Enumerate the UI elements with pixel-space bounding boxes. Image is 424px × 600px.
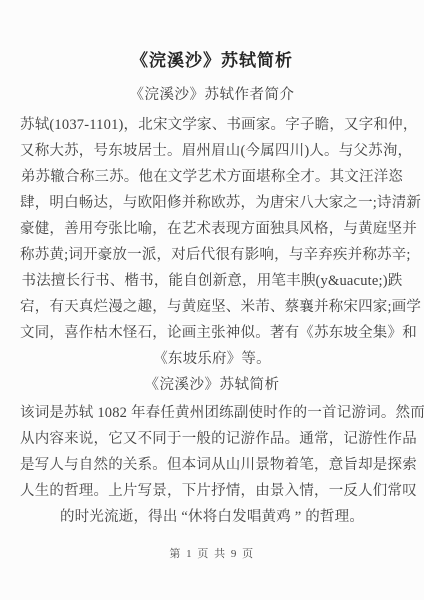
paragraph-line: 的时光流逝，得出 “休将白发唱黄鸡 ” 的哲理。 bbox=[20, 504, 404, 530]
paragraph-line: 苏轼(1037-1101)，北宋文学家、书画家。字子瞻，又字和仲， bbox=[20, 112, 404, 138]
page-number-indicator: 第 1 页 共 9 页 bbox=[20, 545, 404, 561]
paragraph-line: 弟苏辙合称三苏。他在文学艺术方面堪称全才。其文汪洋恣 bbox=[20, 164, 404, 190]
section-heading-analysis: 《浣溪沙》苏轼简析 bbox=[20, 376, 404, 394]
paragraph-line: 该词是苏轼 1082 年春任黄州团练副使时作的一首记游词。然而 bbox=[20, 400, 404, 426]
section-heading-author-intro: 《浣溪沙》苏轼作者简介 bbox=[20, 86, 404, 104]
document-page: 《浣溪沙》苏轼简析 《浣溪沙》苏轼作者简介 苏轼(1037-1101)，北宋文学… bbox=[0, 0, 424, 600]
paragraph-line: 肆，明白畅达，与欧阳修并称欧苏，为唐宋八大家之一;诗清新 bbox=[20, 190, 404, 216]
paragraph-line: 从内容来说，它又不同于一般的记游作品。通常，记游性作品 bbox=[20, 426, 404, 452]
paragraph-line: 《东坡乐府》等。 bbox=[20, 346, 404, 372]
paragraph-line: 文同，喜作枯木怪石，论画主张神似。著有《苏东坡全集》和 bbox=[20, 320, 404, 346]
paragraph-line: 人生的哲理。上片写景，下片抒情，由景入情，一反人们常叹 bbox=[20, 478, 404, 504]
paragraph-line: 称苏黄;词开豪放一派，对后代很有影响，与辛弃疾并称苏辛; bbox=[20, 242, 404, 268]
document-title: 《浣溪沙》苏轼简析 bbox=[20, 50, 404, 72]
paragraph-line: 又称大苏，号东坡居士。眉州眉山(今属四川)人。与父苏洵， bbox=[20, 138, 404, 164]
paragraph-line: 是写人与自然的关系。但本词从山川景物着笔，意旨却是探索 bbox=[20, 452, 404, 478]
analysis-paragraph: 该词是苏轼 1082 年春任黄州团练副使时作的一首记游词。然而 从内容来说，它又… bbox=[20, 400, 404, 530]
author-intro-paragraph: 苏轼(1037-1101)，北宋文学家、书画家。字子瞻，又字和仲， 又称大苏，号… bbox=[20, 112, 404, 372]
paragraph-line: 宕，有天真烂漫之趣，与黄庭坚、米芾、蔡襄并称宋四家;画学 bbox=[20, 294, 404, 320]
paragraph-line: 书法擅长行书、楷书，能自创新意，用笔丰腴(y&uacute;)跌 bbox=[20, 268, 404, 294]
paragraph-line: 豪健，善用夸张比喻，在艺术表现方面独具风格，与黄庭坚并 bbox=[20, 216, 404, 242]
